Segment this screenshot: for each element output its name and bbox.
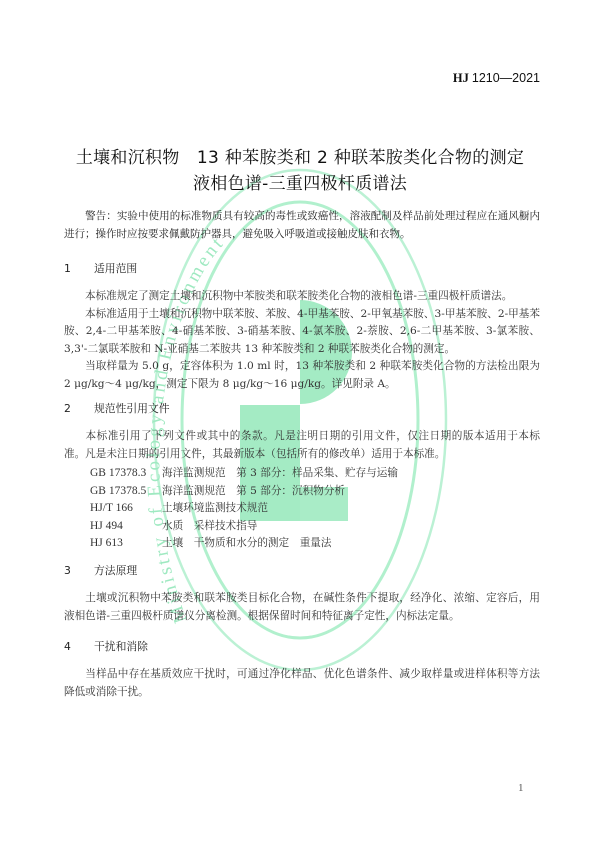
document-page: Ministry of Ecology and Environment HJ12…: [0, 0, 600, 848]
warning-text: 警告：实验中使用的标准物质具有较高的毒性或致癌性，溶液配制及样品前处理过程应在通…: [64, 210, 540, 240]
section-title: 干扰和消除: [94, 640, 148, 653]
section-title: 适用范围: [94, 262, 137, 275]
paragraph-text: 本标准适用于土壤和沉积物中联苯胺、苯胺、4-甲基苯胺、2-甲氧基苯胺、3-甲基苯…: [64, 308, 540, 355]
reference-item: GB 17378.3海洋监测规范 第 3 部分：样品采集、贮存与运输: [90, 465, 398, 483]
section-number: 4: [64, 640, 94, 653]
section-4-heading: 4干扰和消除: [64, 639, 148, 654]
reference-code: HJ 613: [90, 535, 162, 553]
document-number: HJ1210—2021: [453, 71, 540, 86]
section-title: 方法原理: [94, 564, 137, 577]
paragraph-text: 本标准规定了测定土壤和沉积物中苯胺类和联苯胺类化合物的液相色谱-三重四极杆质谱法…: [85, 290, 512, 302]
section-2-paragraph-1: 本标准引用了下列文件或其中的条款。凡是注明日期的引用文件，仅注日期的版本适用于本…: [64, 428, 540, 463]
section-1-paragraph-1: 本标准规定了测定土壤和沉积物中苯胺类和联苯胺类化合物的液相色谱-三重四极杆质谱法…: [64, 288, 540, 306]
reference-item: GB 17378.5海洋监测规范 第 5 部分：沉积物分析: [90, 483, 398, 501]
page-number: 1: [518, 782, 524, 794]
reference-title: 海洋监测规范 第 3 部分：样品采集、贮存与运输: [162, 467, 398, 479]
paragraph-text: 本标准引用了下列文件或其中的条款。凡是注明日期的引用文件，仅注日期的版本适用于本…: [64, 430, 540, 460]
reference-code: GB 17378.5: [90, 483, 162, 501]
doc-number-value: 1210—2021: [472, 71, 540, 85]
section-3-heading: 3方法原理: [64, 563, 137, 578]
reference-title: 土壤环境监测技术规范: [162, 502, 268, 514]
paragraph-text: 当取样量为 5.0 g，定容体积为 1.0 ml 时，13 种苯胺类和 2 种联…: [64, 360, 540, 390]
section-4-paragraph-1: 当样品中存在基质效应干扰时，可通过净化样品、优化色谱条件、减少取样量或进样体积等…: [64, 666, 540, 701]
doc-number-prefix: HJ: [453, 71, 469, 85]
section-3-paragraph-1: 土壤或沉积物中苯胺类和联苯胺类目标化合物，在碱性条件下提取，经净化、浓缩、定容后…: [64, 590, 540, 625]
document-title-line1: 土壤和沉积物 13 种苯胺类和 2 种联苯胺类化合物的测定: [0, 143, 600, 168]
reference-code: GB 17378.3: [90, 465, 162, 483]
reference-code: HJ/T 166: [90, 500, 162, 518]
document-title-line2: 液相色谱-三重四极杆质谱法: [0, 169, 600, 194]
reference-item: HJ 494水质 采样技术指导: [90, 518, 398, 536]
paragraph-text: 土壤或沉积物中苯胺类和联苯胺类目标化合物，在碱性条件下提取，经净化、浓缩、定容后…: [64, 592, 540, 622]
reference-item: HJ 613土壤 干物质和水分的测定 重量法: [90, 535, 398, 553]
section-1-paragraph-3: 当取样量为 5.0 g，定容体积为 1.0 ml 时，13 种苯胺类和 2 种联…: [64, 358, 540, 393]
reference-item: HJ/T 166土壤环境监测技术规范: [90, 500, 398, 518]
reference-title: 土壤 干物质和水分的测定 重量法: [162, 537, 332, 549]
warning-paragraph: 警告：实验中使用的标准物质具有较高的毒性或致癌性，溶液配制及样品前处理过程应在通…: [64, 208, 540, 243]
section-number: 2: [64, 402, 94, 415]
section-1-heading: 1适用范围: [64, 261, 137, 276]
section-number: 1: [64, 262, 94, 275]
paragraph-text: 当样品中存在基质效应干扰时，可通过净化样品、优化色谱条件、减少取样量或进样体积等…: [64, 668, 540, 698]
reference-title: 海洋监测规范 第 5 部分：沉积物分析: [162, 485, 345, 497]
reference-code: HJ 494: [90, 518, 162, 536]
section-number: 3: [64, 564, 94, 577]
normative-references-list: GB 17378.3海洋监测规范 第 3 部分：样品采集、贮存与运输 GB 17…: [90, 465, 398, 553]
reference-title: 水质 采样技术指导: [162, 520, 257, 532]
section-title: 规范性引用文件: [94, 402, 170, 415]
section-1-paragraph-2: 本标准适用于土壤和沉积物中联苯胺、苯胺、4-甲基苯胺、2-甲氧基苯胺、3-甲基苯…: [64, 306, 540, 359]
section-2-heading: 2规范性引用文件: [64, 401, 170, 416]
